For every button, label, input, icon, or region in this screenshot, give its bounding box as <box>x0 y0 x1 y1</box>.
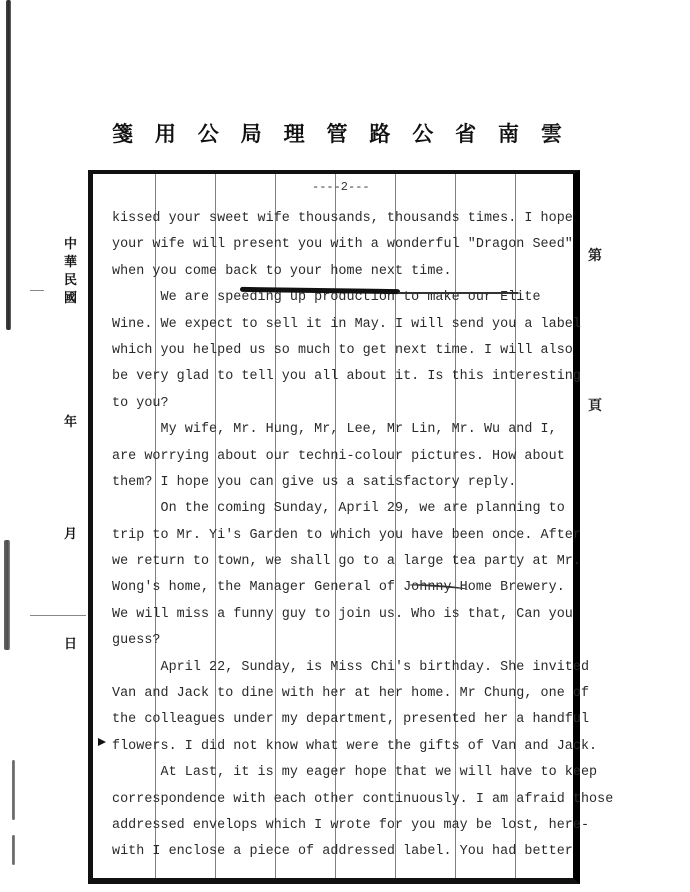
date-label-char: 民 <box>64 269 77 288</box>
letterhead-char: 雲 <box>541 118 562 148</box>
date-label-char: 華 <box>64 251 77 270</box>
letter-line: Van and Jack to dine with her at her hom… <box>112 681 592 707</box>
letterhead-title: 箋 用 公 局 理 管 路 公 省 南 雲 <box>112 118 562 148</box>
date-label-char: 月 <box>64 523 77 542</box>
letterhead-char: 路 <box>369 118 390 148</box>
letter-line: addressed envelops which I wrote for you… <box>112 813 592 839</box>
date-label-char: 年 <box>64 411 77 430</box>
letter-line: guess? <box>112 628 592 654</box>
page-number: ----2--- <box>312 180 370 194</box>
letter-line: are worrying about our techni-colour pic… <box>112 444 592 470</box>
letter-line: be very glad to tell you all about it. I… <box>112 364 592 390</box>
date-label-char: 中 <box>64 233 77 252</box>
scan-edge-mark <box>6 0 11 330</box>
letter-line: On the coming Sunday, April 29, we are p… <box>112 496 592 522</box>
margin-tick <box>30 615 86 616</box>
letterhead-char: 理 <box>284 118 305 148</box>
letter-line: At Last, it is my eager hope that we wil… <box>112 760 592 786</box>
margin-tick <box>30 290 44 291</box>
letterhead-char: 南 <box>498 118 519 148</box>
letter-line: with I enclose a piece of addressed labe… <box>112 839 592 865</box>
letter-line: the colleagues under my department, pres… <box>112 707 592 733</box>
scan-edge-mark <box>12 835 15 865</box>
letter-line: Wong's home, the Manager General of John… <box>112 575 592 601</box>
scan-edge-mark <box>4 540 10 650</box>
date-label-char: 國 <box>64 287 77 306</box>
letterhead-char: 公 <box>412 118 433 148</box>
letter-line: when you come back to your home next tim… <box>112 259 592 285</box>
letter-line: to you? <box>112 391 592 417</box>
letter-line: April 22, Sunday, is Miss Chi's birthday… <box>112 655 592 681</box>
letterhead-char: 公 <box>198 118 219 148</box>
letterhead-char: 用 <box>155 118 176 148</box>
letterhead-char: 管 <box>326 118 347 148</box>
letter-line: your wife will present you with a wonder… <box>112 232 592 258</box>
letter-line: we return to town, we shall go to a larg… <box>112 549 592 575</box>
letter-line: We will miss a funny guy to join us. Who… <box>112 602 592 628</box>
letter-line: correspondence with each other continuou… <box>112 787 592 813</box>
letter-body: kissed your sweet wife thousands, thousa… <box>112 206 592 866</box>
letter-line: Wine. We expect to sell it in May. I wil… <box>112 312 592 338</box>
letterhead-char: 省 <box>455 118 476 148</box>
margin-arrow-mark <box>98 738 106 746</box>
letter-line: trip to Mr. Yi's Garden to which you hav… <box>112 523 592 549</box>
letter-line: kissed your sweet wife thousands, thousa… <box>112 206 592 232</box>
letterhead-char: 箋 <box>112 118 133 148</box>
letter-line: which you helped us so much to get next … <box>112 338 592 364</box>
date-label-char: 日 <box>64 633 77 652</box>
letter-line: My wife, Mr. Hung, Mr, Lee, Mr Lin, Mr. … <box>112 417 592 443</box>
letterhead-char: 局 <box>241 118 262 148</box>
scan-edge-mark <box>12 760 15 820</box>
strikethrough-mark <box>398 292 518 294</box>
letter-line: them? I hope you can give us a satisfact… <box>112 470 592 496</box>
letter-line: flowers. I did not know what were the gi… <box>112 734 592 760</box>
